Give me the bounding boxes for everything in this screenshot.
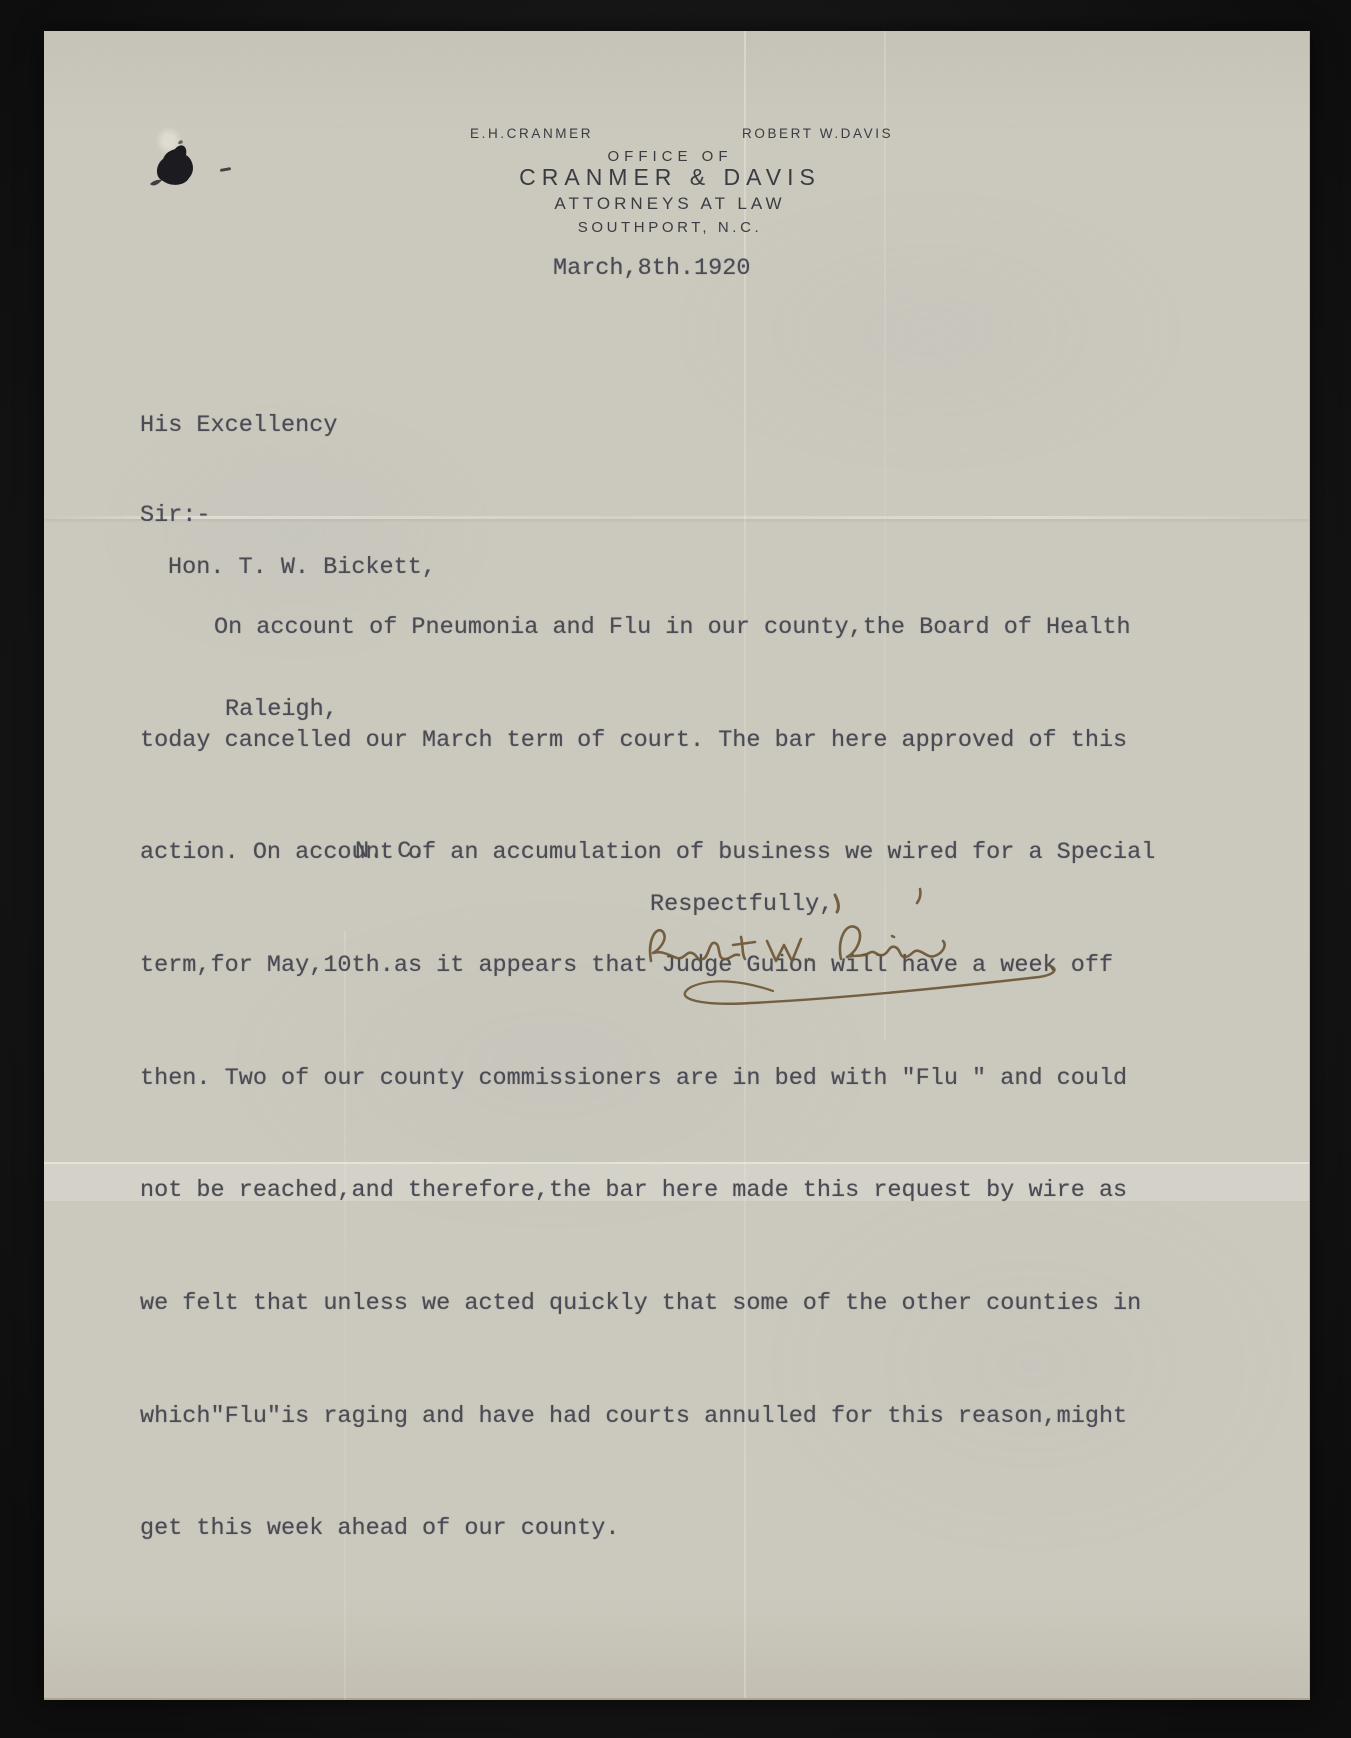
ink-dash-mark (220, 167, 231, 172)
body-line: not be reached,and therefore,the bar her… (140, 1172, 1180, 1210)
firm-location-line: SOUTHPORT, N.C. (578, 219, 763, 236)
attorney-name-left: E.H.CRANMER (470, 126, 593, 141)
body-paragraph: On account of Pneumonia and Flu in our c… (140, 534, 1180, 1623)
body-line: then. Two of our county commissioners ar… (140, 1060, 1180, 1098)
attorney-name-right: ROBERT W.DAVIS (742, 126, 893, 141)
office-of-line: OFFICE OF (608, 148, 733, 165)
body-line: we felt that unless we acted quickly tha… (140, 1285, 1180, 1323)
body-line: which"Flu"is raging and have had courts … (140, 1398, 1180, 1436)
attorneys-at-law-line: ATTORNEYS AT LAW (554, 194, 785, 214)
signature (629, 879, 1089, 1029)
body-line: get this week ahead of our county. (140, 1510, 1180, 1548)
salutation: Sir:- (140, 502, 211, 529)
letter-paper: E.H.CRANMER ROBERT W.DAVIS OFFICE OF CRA… (44, 31, 1310, 1700)
body-line: today cancelled our March term of court.… (140, 722, 1180, 760)
body-line: action. On account of an accumulation of… (140, 834, 1180, 872)
body-line: On account of Pneumonia and Flu in our c… (140, 609, 1180, 647)
date-line: March,8th.1920 (553, 255, 750, 282)
recipient-line-1: His Excellency (140, 402, 436, 449)
firm-name: CRANMER & DAVIS (519, 164, 821, 191)
scan-background: E.H.CRANMER ROBERT W.DAVIS OFFICE OF CRA… (0, 0, 1351, 1738)
ink-blot (148, 137, 208, 209)
